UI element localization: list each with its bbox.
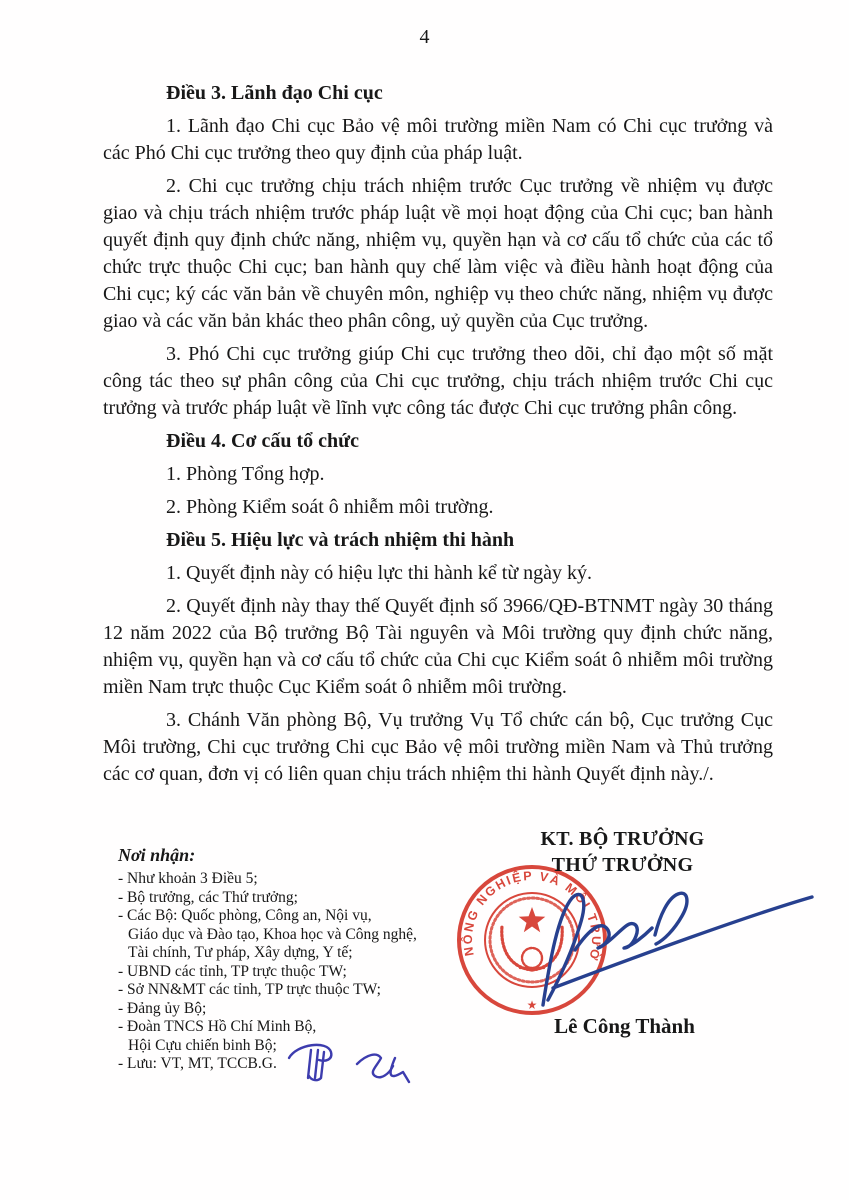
document-body: Điều 3. Lãnh đạo Chi cục 1. Lãnh đạo Chi… [103, 80, 773, 788]
recipient-item: - Đảng ủy Bộ; [118, 1000, 448, 1019]
article-4-item-2: 2. Phòng Kiểm soát ô nhiễm môi trường. [103, 494, 773, 521]
recipient-item: - Các Bộ: Quốc phòng, Công an, Nội vụ, [118, 907, 448, 926]
article-3-paragraph-3: 3. Phó Chi cục trưởng giúp Chi cục trưởn… [103, 341, 773, 422]
initials-first [289, 1045, 331, 1080]
recipient-item: - UBND các tỉnh, TP trực thuộc TW; [118, 963, 448, 982]
initials-second [357, 1055, 409, 1082]
article-3-paragraph-1: 1. Lãnh đạo Chi cục Bảo vệ môi trường mi… [103, 113, 773, 167]
signature-loop-stroke [655, 893, 687, 944]
signature-middle-stroke [575, 924, 652, 950]
recipient-item: - Bộ trưởng, các Thứ trưởng; [118, 889, 448, 908]
signoff-title-line1: KT. BỘ TRƯỞNG [450, 826, 795, 852]
article-5-heading: Điều 5. Hiệu lực và trách nhiệm thi hành [103, 527, 773, 554]
article-5-paragraph-3: 3. Chánh Văn phòng Bộ, Vụ trưởng Vụ Tổ c… [103, 707, 773, 788]
document-page: 4 Điều 3. Lãnh đạo Chi cục 1. Lãnh đạo C… [0, 0, 849, 1200]
article-4-heading: Điều 4. Cơ cấu tổ chức [103, 428, 773, 455]
article-4-item-1: 1. Phòng Tổng hợp. [103, 461, 773, 488]
recipients-label: Nơi nhận: [118, 845, 448, 866]
page-number: 4 [0, 26, 849, 49]
signature-tail-stroke [553, 897, 812, 988]
article-5-paragraph-1: 1. Quyết định này có hiệu lực thi hành k… [103, 560, 773, 587]
article-3-paragraph-2: 2. Chi cục trưởng chịu trách nhiệm trước… [103, 173, 773, 335]
recipient-item: - Như khoản 3 Điều 5; [118, 870, 448, 889]
recipient-item: Giáo dục và Đào tạo, Khoa học và Công ng… [118, 926, 448, 945]
article-5-paragraph-2: 2. Quyết định này thay thế Quyết định số… [103, 593, 773, 701]
article-3-heading: Điều 3. Lãnh đạo Chi cục [103, 80, 773, 107]
recipient-item: Tài chính, Tư pháp, Xây dựng, Y tế; [118, 944, 448, 963]
signature-initial-stroke [543, 894, 584, 1005]
clerk-initials-ink [275, 1038, 415, 1098]
recipient-item: - Đoàn TNCS Hồ Chí Minh Bộ, [118, 1018, 448, 1037]
recipient-item: - Sở NN&MT các tỉnh, TP trực thuộc TW; [118, 981, 448, 1000]
signature-ink [520, 860, 820, 1020]
